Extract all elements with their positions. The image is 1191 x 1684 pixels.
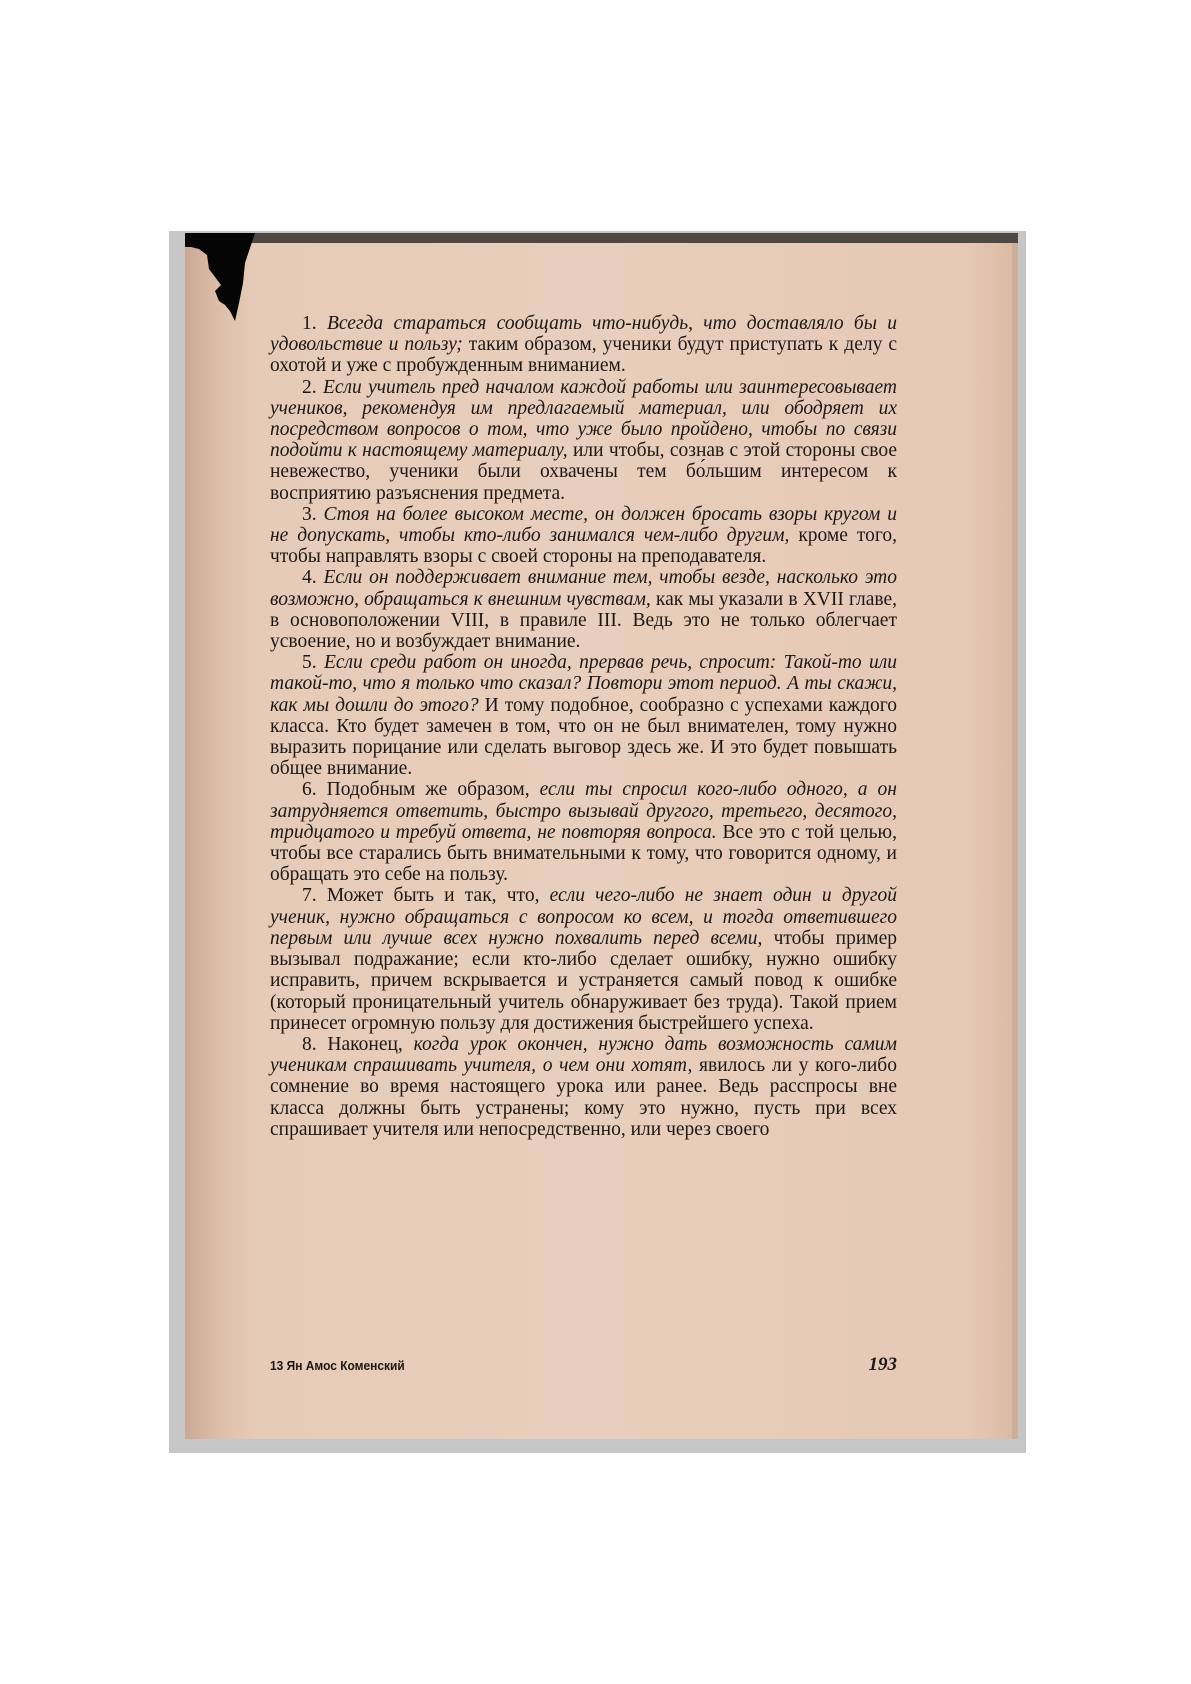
- body-text: 1. Всегда стараться сообщать что-нибудь,…: [270, 313, 897, 1140]
- text-run: 5.: [302, 652, 324, 673]
- paragraph-7: 7. Может быть и так, что, если чего-либо…: [270, 885, 897, 1033]
- page-number: 193: [869, 1354, 898, 1376]
- page-footer: 13 Ян Амос Коменский 193: [270, 1358, 897, 1380]
- text-run: 2.: [302, 377, 323, 398]
- paragraph-1: 1. Всегда стараться сообщать что-нибудь,…: [270, 313, 897, 377]
- text-run: 1.: [302, 313, 327, 334]
- text-run: 8. Наконец,: [302, 1034, 414, 1055]
- paragraph-6: 6. Подобным же образом, если ты спросил …: [270, 779, 897, 885]
- text-run: 3.: [302, 504, 324, 525]
- signature-mark: 13 Ян Амос Коменский: [270, 1358, 405, 1373]
- paragraph-4: 4. Если он поддерживает внимание тем, чт…: [270, 567, 897, 652]
- paragraph-2: 2. Если учитель пред началом каждой рабо…: [270, 377, 897, 504]
- text-run: 7. Может быть и так, что,: [302, 885, 550, 906]
- text-run: 6. Подобным же образом,: [302, 779, 540, 800]
- paragraph-5: 5. Если среди работ он иногда, прервав р…: [270, 652, 897, 779]
- ink-blot-mark: [185, 233, 255, 323]
- paragraph-8: 8. Наконец, когда урок окончен, нужно да…: [270, 1034, 897, 1140]
- paragraph-3: 3. Стоя на более высоком месте, он долже…: [270, 504, 897, 568]
- text-run: 4.: [302, 567, 323, 588]
